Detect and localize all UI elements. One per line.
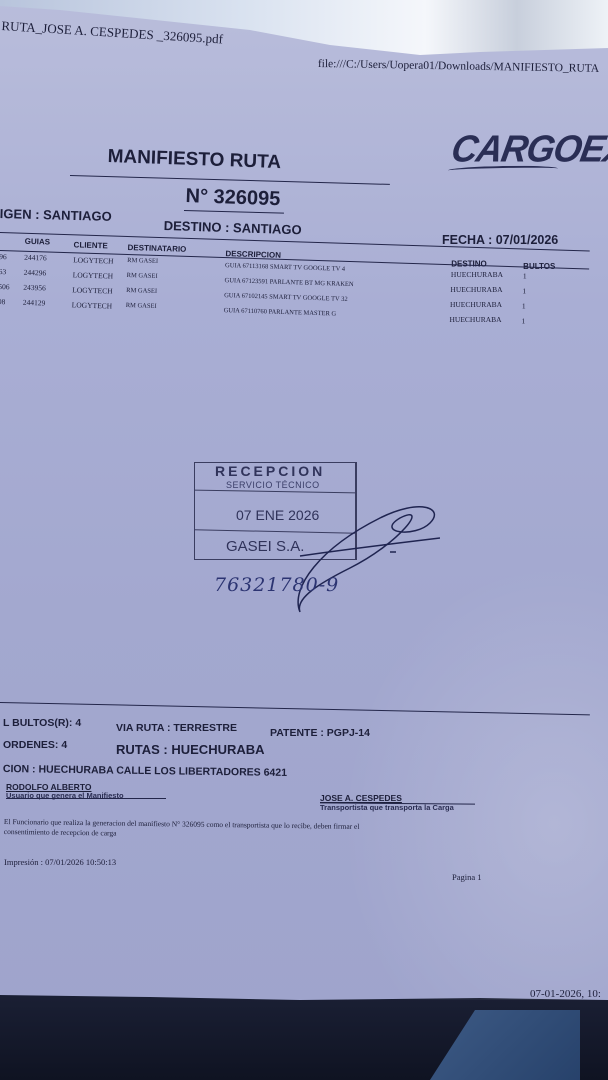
table-cell-id-fragment: 506 — [0, 282, 10, 291]
date-field: FECHA : 07/01/2026 — [442, 233, 558, 247]
handwritten-rut: 76321780-9 — [214, 574, 339, 596]
carrier-role: Transportista que transporta la Carga — [320, 803, 454, 812]
table-cell-destino: HUECHURABA — [450, 300, 502, 309]
patente: PATENTE : PGPJ-14 — [270, 727, 370, 739]
total-bultos: L BULTOS(R): 4 — [3, 717, 81, 729]
table-cell-cliente: LOGYTECH — [73, 270, 114, 280]
column-header-guias: GUIAS — [25, 237, 51, 247]
stamp-title: RECEPCION — [215, 463, 325, 479]
table-cell-bultos: 1 — [522, 301, 526, 310]
table-cell-guia: 243956 — [23, 283, 46, 293]
manifest-number: N° 326095 — [185, 185, 280, 211]
table-cell-destinatario: RM GASEI — [126, 302, 157, 310]
table-cell-id-fragment: 96 — [0, 252, 7, 261]
table-cell-cliente: LOGYTECH — [73, 255, 114, 265]
table-cell-bultos: 1 — [523, 272, 527, 281]
table-cell-destino: HUECHURABA — [449, 315, 501, 324]
table-cell-bultos: 1 — [521, 316, 525, 325]
table-cell-guia: 244296 — [24, 268, 47, 278]
table-cell-id-fragment: 08 — [0, 297, 5, 306]
total-ordenes: ORDENES: 4 — [3, 739, 67, 751]
table-cell-destinatario: RM GASEI — [127, 272, 158, 280]
column-header-cliente: CLIENTE — [73, 240, 108, 250]
print-timestamp: Impresión : 07/01/2026 10:50:13 — [4, 857, 116, 867]
via-ruta: VIA RUTA : TERRESTRE — [116, 722, 237, 734]
generator-signature-line — [6, 798, 166, 799]
table-cell-destino: HUECHURABA — [450, 285, 502, 294]
table-cell-cliente: LOGYTECH — [72, 285, 113, 295]
table-cell-destino: HUECHURABA — [451, 270, 503, 279]
browser-print-date: 07-01-2026, 10: — [530, 988, 601, 1000]
table-cell-bultos: 1 — [522, 286, 526, 295]
cargoex-logo: CARGOEX — [448, 127, 608, 171]
table-cell-cliente: LOGYTECH — [72, 300, 113, 310]
rutas: RUTAS : HUECHURABA — [116, 742, 265, 757]
origin-field: IGEN : SANTIAGO — [0, 206, 112, 224]
table-cell-destinatario: RM GASEI — [126, 287, 157, 295]
table-cell-id-fragment: 63 — [0, 267, 6, 276]
signature — [200, 488, 440, 618]
column-header-destinatario: DESTINATARIO — [127, 243, 186, 254]
table-cell-guia: 244176 — [24, 253, 47, 263]
paper-shading — [340, 560, 608, 1000]
table-cell-guia: 244129 — [23, 298, 46, 308]
table-cell-destinatario: RM GASEI — [127, 257, 158, 265]
page-number: Pagina 1 — [452, 872, 482, 882]
